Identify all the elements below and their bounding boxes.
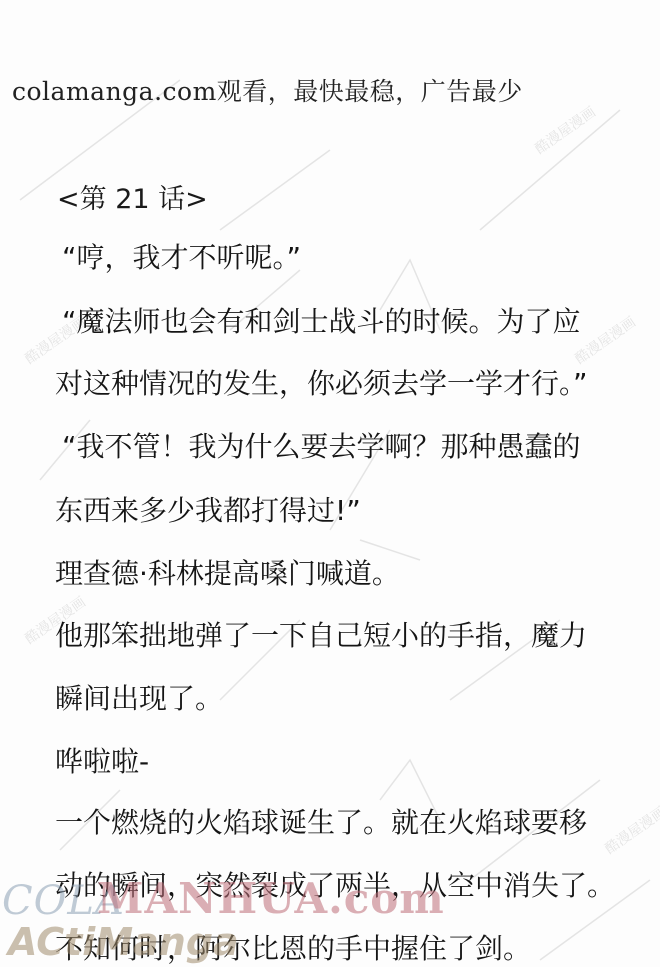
text-line: “哼，我才不听呢。” [62, 236, 301, 276]
text-line: 东西来多少我都打得过!” [55, 489, 361, 529]
text-line: 动的瞬间，突然裂成了两半，从空中消失了。 [55, 864, 615, 904]
text-line: 哗啦啦- [55, 740, 149, 780]
text-line: 理查德·科林提高嗓门喊道。 [55, 552, 400, 592]
text-line: 一个燃烧的火焰球诞生了。就在火焰球要移 [55, 801, 587, 841]
text-line: 瞬间出现了。 [55, 677, 223, 717]
text-line: 他那笨拙地弹了一下自己短小的手指，魔力 [55, 614, 587, 654]
text-line: “我不管！我为什么要去学啊？那种愚蠢的 [62, 425, 581, 465]
watermark-stamp: 酷漫屋漫画 [571, 312, 640, 369]
text-line: “魔法师也会有和剑士战斗的时候。为了应 [62, 300, 581, 340]
watermark-stamp: 酷漫屋漫画 [601, 802, 660, 859]
text-line: 不知何时，阿尔比恩的手中握住了剑。 [55, 927, 531, 967]
watermark-stamp: 酷漫屋漫画 [531, 102, 600, 159]
text-line: 对这种情况的发生，你必须去学一学才行。” [55, 362, 588, 402]
chapter-title: <第 21 话> [57, 177, 208, 216]
site-banner: colamanga.com观看，最快最稳，广告最少 [12, 72, 523, 108]
